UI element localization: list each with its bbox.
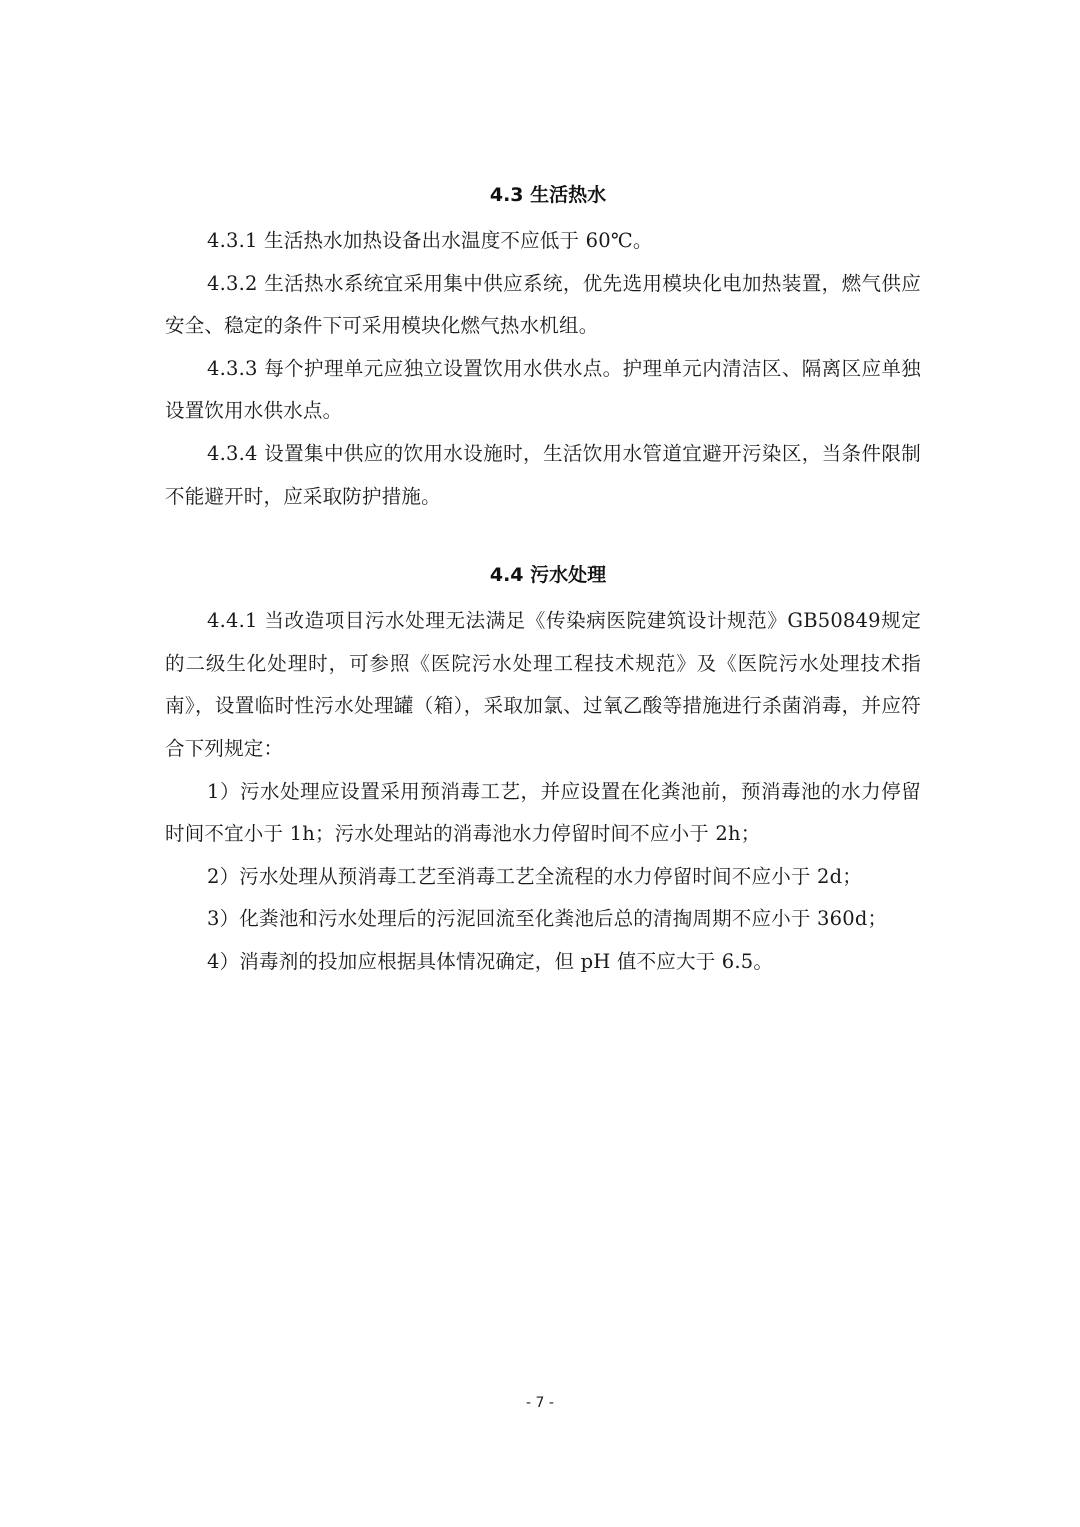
- section-heading-4-3: 4.3 生活热水: [165, 178, 921, 212]
- clause-4-3-2: 4.3.2 生活热水系统宜采用集中供应系统，优先选用模块化电加热装置，燃气供应安…: [165, 263, 921, 348]
- clause-4-4-1: 4.4.1 当改造项目污水处理无法满足《传染病医院建筑设计规范》GB50849规…: [165, 600, 921, 770]
- clause-4-3-4: 4.3.4 设置集中供应的饮用水设施时，生活饮用水管道宜避开污染区，当条件限制不…: [165, 433, 921, 518]
- list-item-2: 2）污水处理从预消毒工艺至消毒工艺全流程的水力停留时间不应小于 2d；: [165, 856, 921, 899]
- section-heading-4-4: 4.4 污水处理: [165, 558, 921, 592]
- clause-4-3-1: 4.3.1 生活热水加热设备出水温度不应低于 60℃。: [165, 220, 921, 263]
- list-item-3: 3）化粪池和污水处理后的污泥回流至化粪池后总的清掏周期不应小于 360d；: [165, 898, 921, 941]
- list-item-4: 4）消毒剂的投加应根据具体情况确定，但 pH 值不应大于 6.5。: [165, 941, 921, 984]
- page-content: 4.3 生活热水 4.3.1 生活热水加热设备出水温度不应低于 60℃。 4.3…: [165, 178, 921, 984]
- list-item-1: 1）污水处理应设置采用预消毒工艺，并应设置在化粪池前，预消毒池的水力停留时间不宜…: [165, 771, 921, 856]
- document-page: 4.3 生活热水 4.3.1 生活热水加热设备出水温度不应低于 60℃。 4.3…: [0, 0, 1080, 1527]
- page-number: - 7 -: [0, 1395, 1080, 1411]
- section-spacer: [165, 518, 921, 558]
- clause-4-3-3: 4.3.3 每个护理单元应独立设置饮用水供水点。护理单元内清洁区、隔离区应单独设…: [165, 348, 921, 433]
